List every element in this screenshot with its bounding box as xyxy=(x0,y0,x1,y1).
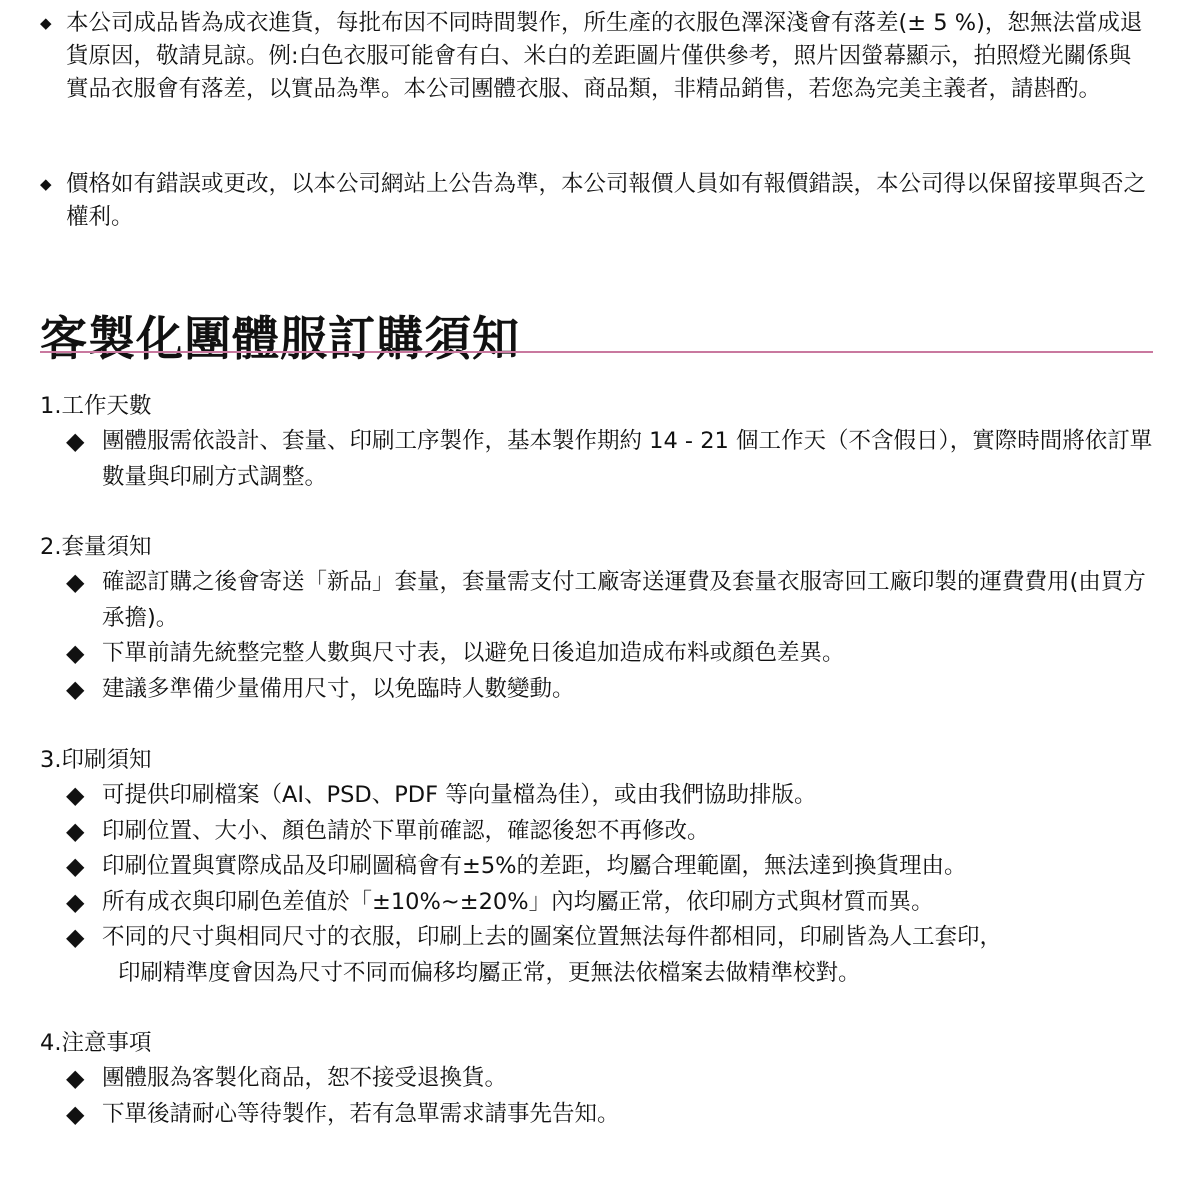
notice-text: 本公司成品皆為成衣進貨，每批布因不同時間製作，所生產的衣服色澤深淺會有落差(± … xyxy=(66,7,1150,106)
list-item: ◆ 所有成衣與印刷色差值於「±10%~±20%」內均屬正常，依印刷方式與材質而異… xyxy=(40,885,1160,921)
diamond-bullet-icon: ◆ xyxy=(66,849,102,885)
list-item: ◆ 印刷位置、大小、顏色請於下單前確認，確認後恕不再修改。 xyxy=(40,814,1160,850)
list-item-text: 不同的尺寸與相同尺寸的衣服，印刷上去的圖案位置無法每件都相同，印刷皆為人工套印， xyxy=(102,924,1002,950)
section-heading: 1.工作天數 xyxy=(40,389,1160,424)
diamond-bullet-icon: ◆ xyxy=(40,7,66,40)
list-item: ◆ 建議多準備少量備用尺寸，以免臨時人數變動。 xyxy=(40,672,1160,708)
list-item-text: 印刷位置與實際成品及印刷圖稿會有±5%的差距，均屬合理範圍，無法達到換貨理由。 xyxy=(102,849,1160,885)
list-item-text: 印刷位置、大小、顏色請於下單前確認，確認後恕不再修改。 xyxy=(102,814,1160,850)
list-item-text: 可提供印刷檔案（AI、PSD、PDF 等向量檔為佳），或由我們協助排版。 xyxy=(102,778,1160,814)
list-item: ◆ 團體服需依設計、套量、印刷工序製作，基本製作期約 14 - 21 個工作天（… xyxy=(40,424,1160,495)
notice-pricing: ◆ 價格如有錯誤或更改，以本公司網站上公告為準，本公司報價人員如有報價錯誤，本公… xyxy=(40,168,1150,234)
diamond-bullet-icon: ◆ xyxy=(66,672,102,708)
diamond-bullet-icon: ◆ xyxy=(66,778,102,814)
list-item-text: 建議多準備少量備用尺寸，以免臨時人數變動。 xyxy=(102,672,1160,708)
list-item: ◆ 下單前請先統整完整人數與尺寸表，以避免日後追加造成布料或顏色差異。 xyxy=(40,636,1160,672)
section-heading: 3.印刷須知 xyxy=(40,743,1160,778)
list-item-continuation: 印刷精準度會因為尺寸不同而偏移均屬正常，更無法依檔案去做精準校對。 xyxy=(102,956,1160,992)
list-item: ◆ 印刷位置與實際成品及印刷圖稿會有±5%的差距，均屬合理範圍，無法達到換貨理由… xyxy=(40,849,1160,885)
list-item-text: 團體服需依設計、套量、印刷工序製作，基本製作期約 14 - 21 個工作天（不含… xyxy=(102,424,1160,495)
section-sizing: 2.套量須知 ◆ 確認訂購之後會寄送「新品」套量，套量需支付工廠寄送運費及套量衣… xyxy=(40,530,1160,707)
list-item: ◆ 團體服為客製化商品，恕不接受退換貨。 xyxy=(40,1061,1160,1097)
notice-text: 價格如有錯誤或更改，以本公司網站上公告為準，本公司報價人員如有報價錯誤，本公司得… xyxy=(66,168,1150,234)
list-item-text: 下單前請先統整完整人數與尺寸表，以避免日後追加造成布料或顏色差異。 xyxy=(102,636,1160,672)
list-item-text: 確認訂購之後會寄送「新品」套量，套量需支付工廠寄送運費及套量衣服寄回工廠印製的運… xyxy=(102,565,1160,636)
section-heading: 2.套量須知 xyxy=(40,530,1160,565)
notice-color-variance: ◆ 本公司成品皆為成衣進貨，每批布因不同時間製作，所生產的衣服色澤深淺會有落差(… xyxy=(40,7,1150,106)
section-notes: 4.注意事項 ◆ 團體服為客製化商品，恕不接受退換貨。 ◆ 下單後請耐心等待製作… xyxy=(40,1026,1160,1132)
section-printing: 3.印刷須知 ◆ 可提供印刷檔案（AI、PSD、PDF 等向量檔為佳），或由我們… xyxy=(40,743,1160,991)
list-item: ◆ 下單後請耐心等待製作，若有急單需求請事先告知。 xyxy=(40,1097,1160,1133)
list-item-text: 下單後請耐心等待製作，若有急單需求請事先告知。 xyxy=(102,1097,1160,1133)
list-item-text: 所有成衣與印刷色差值於「±10%~±20%」內均屬正常，依印刷方式與材質而異。 xyxy=(102,885,1160,921)
diamond-bullet-icon: ◆ xyxy=(66,636,102,672)
diamond-bullet-icon: ◆ xyxy=(40,168,66,201)
diamond-bullet-icon: ◆ xyxy=(66,920,102,956)
diamond-bullet-icon: ◆ xyxy=(66,424,102,460)
list-item-text-wrap: 不同的尺寸與相同尺寸的衣服，印刷上去的圖案位置無法每件都相同，印刷皆為人工套印，… xyxy=(102,920,1160,991)
title-divider xyxy=(40,351,1153,353)
page-title: 客製化團體服訂購須知 xyxy=(40,308,520,372)
diamond-bullet-icon: ◆ xyxy=(66,565,102,601)
diamond-bullet-icon: ◆ xyxy=(66,1097,102,1133)
diamond-bullet-icon: ◆ xyxy=(66,814,102,850)
diamond-bullet-icon: ◆ xyxy=(66,885,102,921)
diamond-bullet-icon: ◆ xyxy=(66,1061,102,1097)
list-item-text: 團體服為客製化商品，恕不接受退換貨。 xyxy=(102,1061,1160,1097)
list-item: ◆ 不同的尺寸與相同尺寸的衣服，印刷上去的圖案位置無法每件都相同，印刷皆為人工套… xyxy=(40,920,1160,991)
list-item: ◆ 確認訂購之後會寄送「新品」套量，套量需支付工廠寄送運費及套量衣服寄回工廠印製… xyxy=(40,565,1160,636)
section-heading: 4.注意事項 xyxy=(40,1026,1160,1061)
section-work-days: 1.工作天數 ◆ 團體服需依設計、套量、印刷工序製作，基本製作期約 14 - 2… xyxy=(40,389,1160,495)
list-item: ◆ 可提供印刷檔案（AI、PSD、PDF 等向量檔為佳），或由我們協助排版。 xyxy=(40,778,1160,814)
